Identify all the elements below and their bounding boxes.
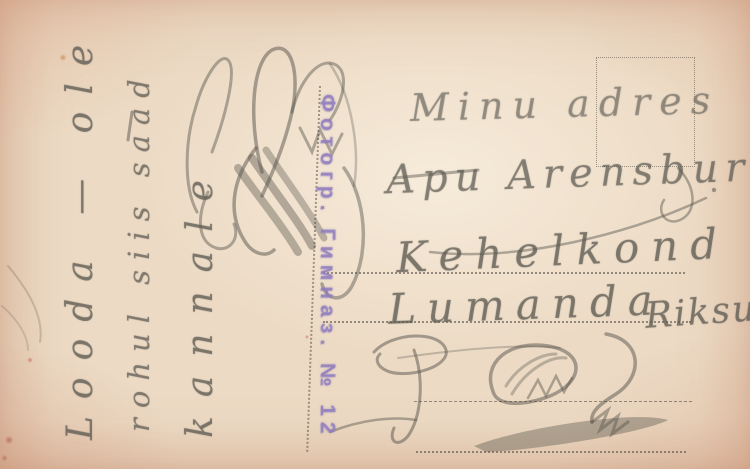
address-line-1: Minu adres [409, 78, 719, 130]
rust-spot [27, 357, 33, 363]
message-line-1: Looda — ole [60, 50, 101, 440]
rust-spot [4, 436, 14, 444]
message-line-3: kannale [180, 108, 221, 438]
address-line-4-word-1: Lumanda [387, 275, 664, 334]
rust-spot [59, 54, 67, 61]
rust-spot [1, 455, 8, 461]
postcard-back: Фотогр. Гимназ. № 12 Looda — ole rohul s… [0, 0, 750, 469]
photographer-stamp-text: Фотогр. Гимназ. № 12 [315, 94, 339, 450]
address-rule-4 [416, 451, 686, 453]
rust-spot [305, 335, 309, 339]
address-rule-3 [414, 401, 692, 402]
address-line-4-word-2: Riksu [644, 288, 750, 337]
address-line-2: Apu Arensburg. [385, 143, 750, 204]
message-line-2: rohul siis saad [122, 77, 156, 432]
